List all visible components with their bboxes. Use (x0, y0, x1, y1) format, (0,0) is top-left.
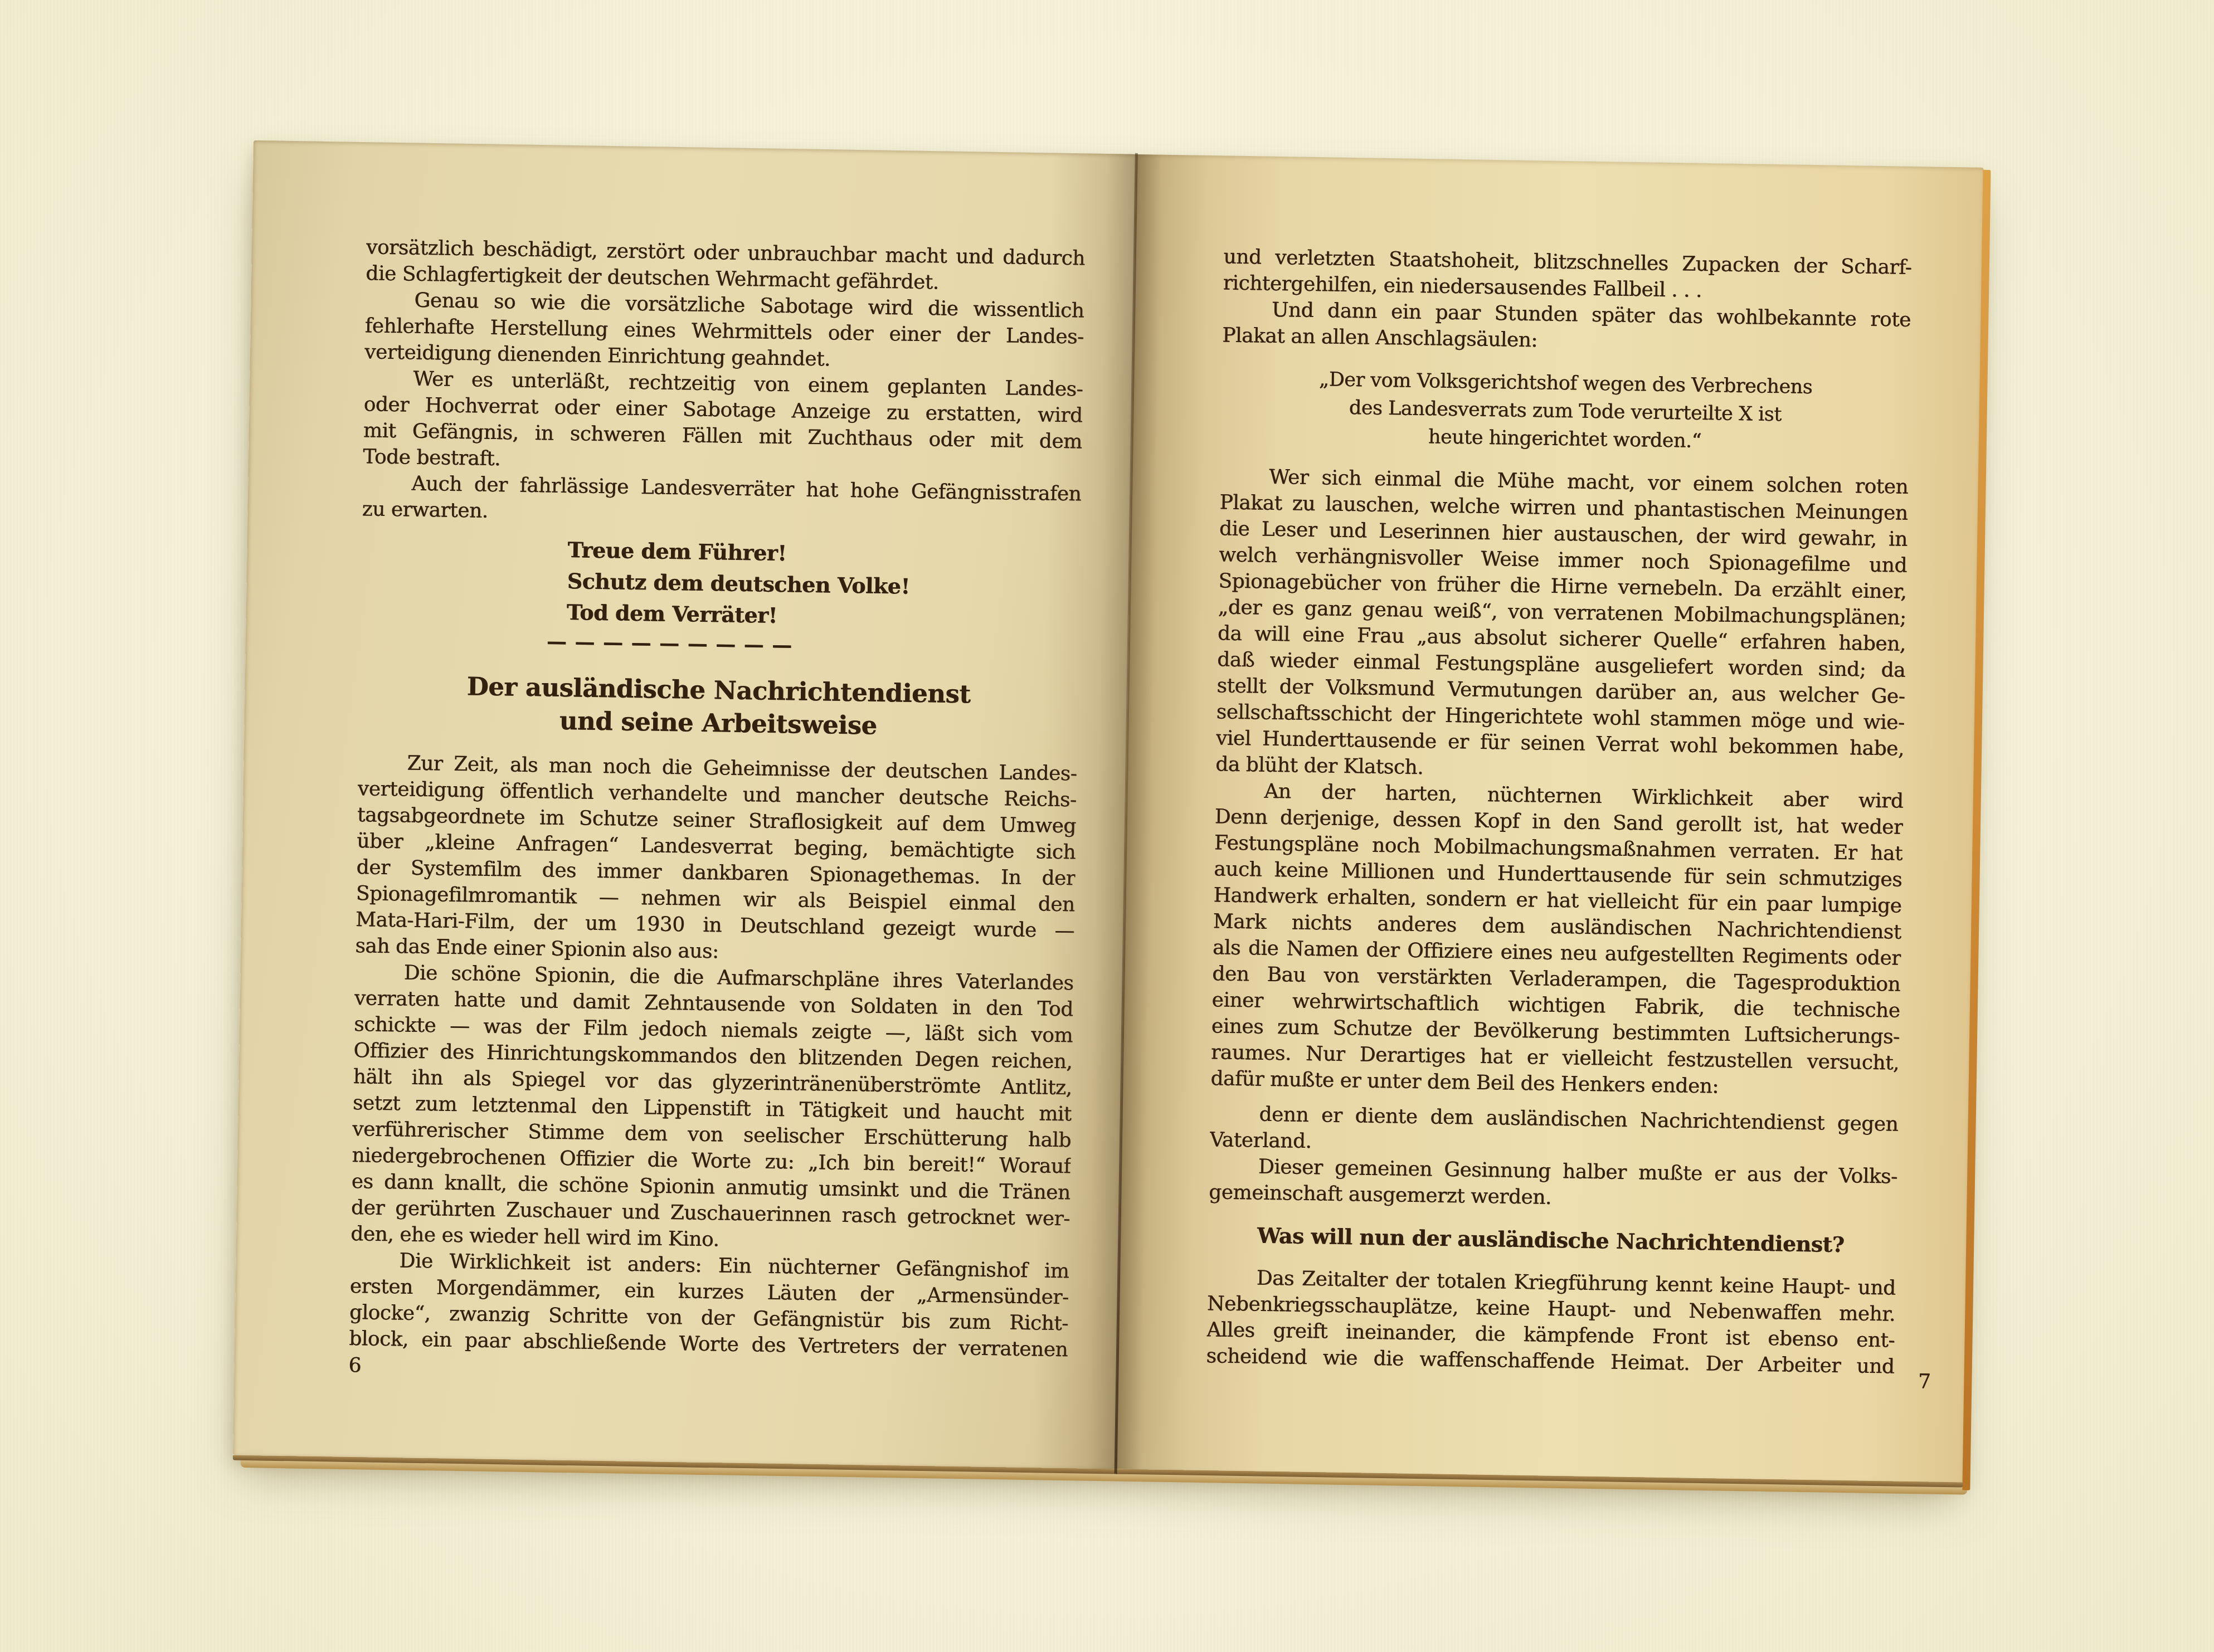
cover-fore-edge (1962, 170, 1991, 1490)
page-right: und verletzten Staatshoheit, blitzschnel… (1115, 154, 1983, 1483)
page-6-text: vorsätzlich beschädigt, zerstört oder un… (349, 234, 1085, 1363)
page-left: vorsätzlich beschädigt, zerstört oder un… (233, 140, 1136, 1469)
photo-background: vorsätzlich beschädigt, zerstört oder un… (0, 0, 2214, 1652)
text-line: Was will nun der ausländische Nachrichte… (1208, 1221, 1897, 1259)
page-number-left: 6 (348, 1354, 362, 1377)
open-booklet: vorsätzlich beschädigt, zerstört oder un… (233, 140, 1984, 1482)
page-7-text: und verletzten Staatshoheit, blitzschnel… (1206, 243, 1912, 1380)
page-number-right: 7 (1918, 1370, 1931, 1393)
